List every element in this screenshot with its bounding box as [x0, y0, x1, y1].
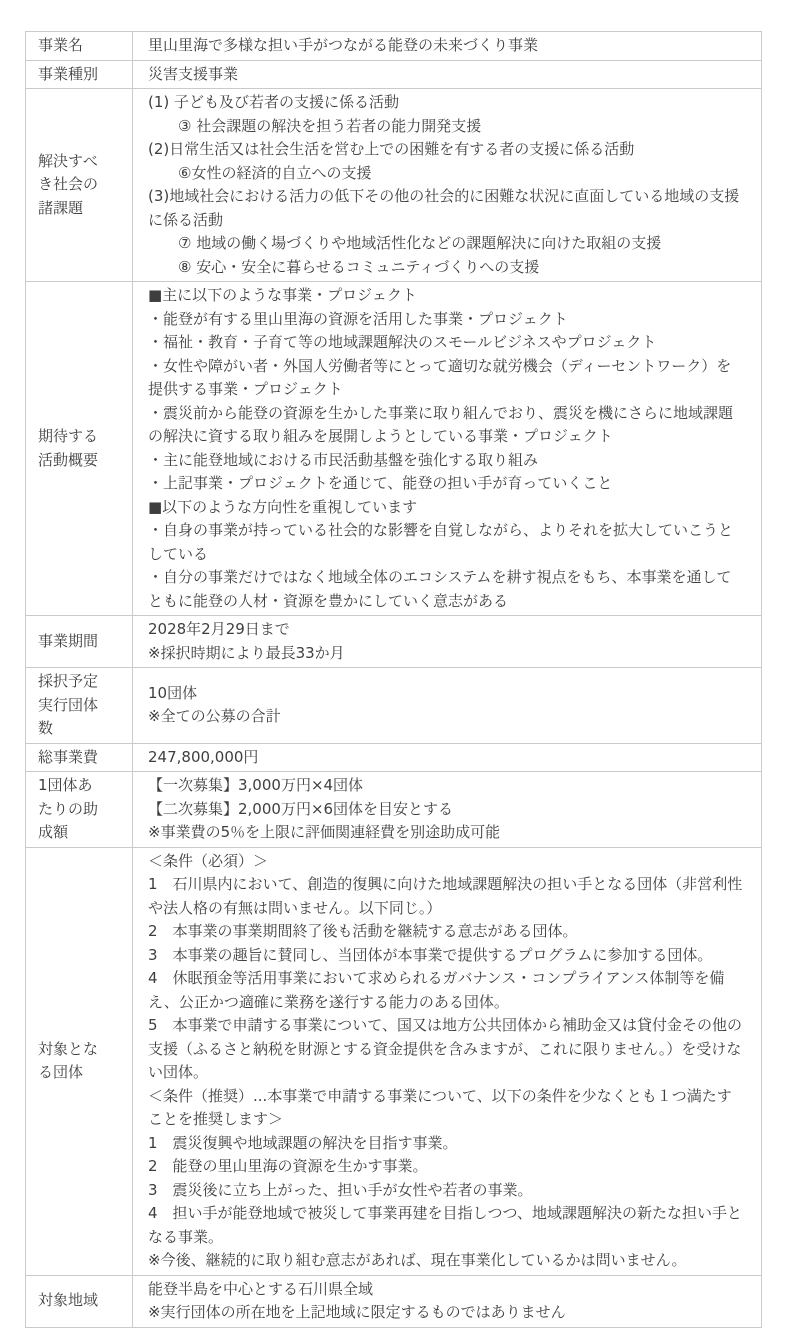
row-label-project-name: 事業名 — [26, 32, 133, 61]
row-content-eligible-organizations: ＜条件（必須）＞ 1 石川県内において、創造的復興に向けた地域課題解決の担い手と… — [133, 847, 762, 1275]
project-spec-table: 事業名 里山里海で多様な担い手がつながる能登の未来づくり事業 事業種別 災害支援… — [25, 31, 762, 1328]
row-label-project-period: 事業期間 — [26, 616, 133, 668]
table-row-project-type: 事業種別 災害支援事業 — [26, 60, 762, 89]
row-label-target-area: 対象地域 — [26, 1275, 133, 1327]
row-content-target-area: 能登半島を中心とする石川県全域 ※実行団体の所在地を上記地域に限定するものではあ… — [133, 1275, 762, 1327]
table-row-project-period: 事業期間 2028年2月29日まで ※採択時期により最長33か月 — [26, 616, 762, 668]
row-label-grant-per-org: 1団体あ たりの助 成額 — [26, 772, 133, 848]
row-content-social-issues: (1) 子ども及び若者の支援に係る活動 ③ 社会課題の解決を担う若者の能力開発支… — [133, 89, 762, 282]
table-row-grant-per-org: 1団体あ たりの助 成額 【一次募集】3,000万円×4団体 【二次募集】2,0… — [26, 772, 762, 848]
row-content-project-type: 災害支援事業 — [133, 60, 762, 89]
table-row-eligible-organizations: 対象とな る団体 ＜条件（必須）＞ 1 石川県内において、創造的復興に向けた地域… — [26, 847, 762, 1275]
row-label-eligible-organizations: 対象とな る団体 — [26, 847, 133, 1275]
row-content-planned-grantee-count: 10団体 ※全ての公募の合計 — [133, 668, 762, 744]
row-label-project-type: 事業種別 — [26, 60, 133, 89]
table-row-expected-activities: 期待する 活動概要 ■主に以下のような事業・プロジェクト ・能登が有する里山里海… — [26, 282, 762, 616]
row-label-social-issues: 解決すべ き社会の 諸課題 — [26, 89, 133, 282]
row-content-project-name: 里山里海で多様な担い手がつながる能登の未来づくり事業 — [133, 32, 762, 61]
table-row-planned-grantee-count: 採択予定 実行団体 数 10団体 ※全ての公募の合計 — [26, 668, 762, 744]
project-spec-table-container: 事業名 里山里海で多様な担い手がつながる能登の未来づくり事業 事業種別 災害支援… — [25, 31, 762, 1328]
table-row-project-name: 事業名 里山里海で多様な担い手がつながる能登の未来づくり事業 — [26, 32, 762, 61]
table-row-target-area: 対象地域 能登半島を中心とする石川県全域 ※実行団体の所在地を上記地域に限定する… — [26, 1275, 762, 1327]
row-content-project-period: 2028年2月29日まで ※採択時期により最長33か月 — [133, 616, 762, 668]
row-label-planned-grantee-count: 採択予定 実行団体 数 — [26, 668, 133, 744]
row-content-grant-per-org: 【一次募集】3,000万円×4団体 【二次募集】2,000万円×6団体を目安とす… — [133, 772, 762, 848]
table-row-total-budget: 総事業費 247,800,000円 — [26, 743, 762, 772]
row-content-expected-activities: ■主に以下のような事業・プロジェクト ・能登が有する里山里海の資源を活用した事業… — [133, 282, 762, 616]
table-row-social-issues: 解決すべ き社会の 諸課題 (1) 子ども及び若者の支援に係る活動 ③ 社会課題… — [26, 89, 762, 282]
row-label-expected-activities: 期待する 活動概要 — [26, 282, 133, 616]
row-content-total-budget: 247,800,000円 — [133, 743, 762, 772]
row-label-total-budget: 総事業費 — [26, 743, 133, 772]
